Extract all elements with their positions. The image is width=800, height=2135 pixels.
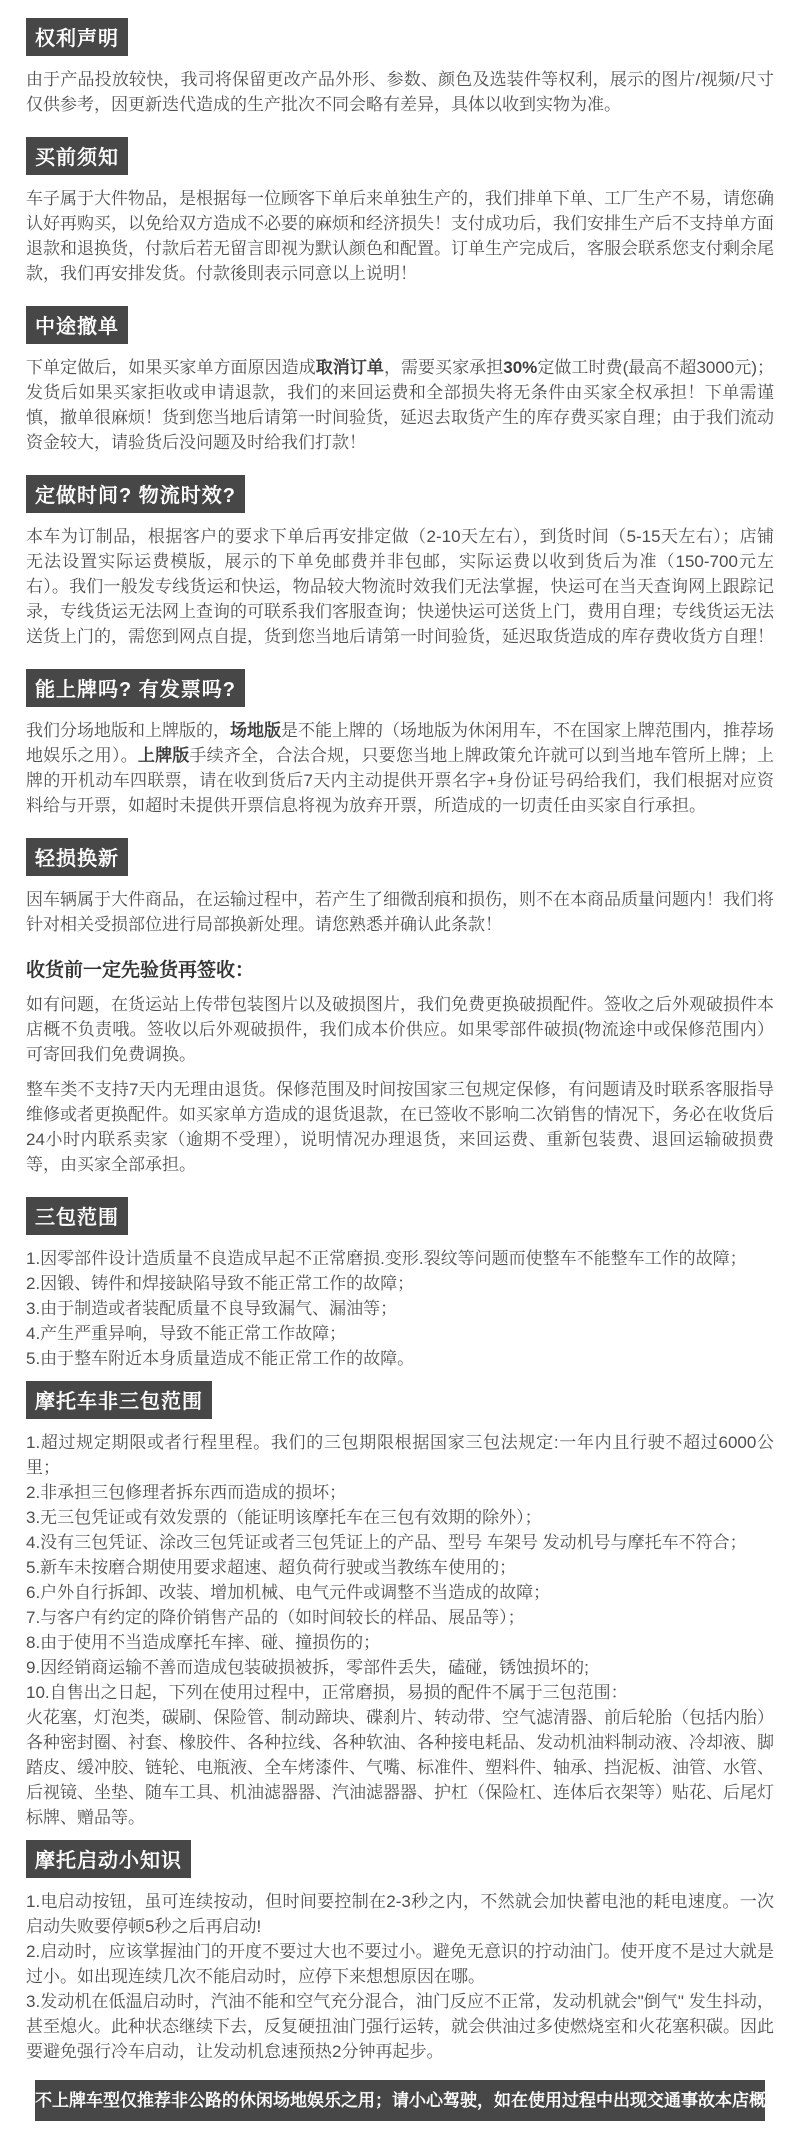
three-guarantees-scope-line-2: 2.因锻、铸件和焊接缺陷导致不能正常工作的故障； xyxy=(26,1271,774,1296)
motorcycle-non-three-guarantees-heading: 摩托车非三包范围 xyxy=(26,1381,212,1419)
section-production-time-logistics: 定做时间? 物流时效?本车为订制品，根据客户的要求下单后再安排定做（2-10天左… xyxy=(26,465,774,649)
motorcycle-non-three-guarantees-line-5: 5.新车未按磨合期使用要求超速、超负荷行驶或当教练车使用的； xyxy=(26,1555,774,1580)
motorcycle-non-three-guarantees-line-10: 10.自售出之日起，下列在使用过程中，正常磨损，易损的配件不属于三包范围： xyxy=(26,1680,774,1705)
motorcycle-non-three-guarantees-line-9: 9.因经销商运输不善而造成包装破损被拆，零部件丢失，磕碰，锈蚀损坏的; xyxy=(26,1655,774,1680)
notice-page: 权利声明由于产品投放较快，我司将保留更改产品外形、参数、颜色及选装件等权利，展示… xyxy=(0,0,800,2135)
motorcycle-non-three-guarantees-line-4: 4.没有三包凭证、涂改三包凭证或者三包凭证上的产品、型号 车架号 发动机号与摩托… xyxy=(26,1530,774,1555)
motorcycle-start-tips-line-3: 3.发动机在低温启动时，汽油不能和空气充分混合，油门反应不正常，发动机就会"倒气… xyxy=(26,1989,774,2064)
motorcycle-non-three-guarantees-line-11: 火花塞，灯泡类，碳刷、保险管、制动蹄块、碟刹片、转动带、空气滤清器、前后轮胎（包… xyxy=(26,1705,774,1830)
section-motorcycle-non-three-guarantees: 摩托车非三包范围1.超过规定期限或者行程里程。我们的三包期限根据国家三包法规定:… xyxy=(26,1371,774,1830)
plate-invoice-paragraph-1: 我们分场地版和上牌版的，场地版是不能上牌的（场地版为休闲用车，不在国家上牌范围内… xyxy=(26,718,774,818)
section-motorcycle-start-tips: 摩托启动小知识1.电启动按钮，虽可连续按动，但时间要控制在2-3秒之内，不然就会… xyxy=(26,1830,774,2064)
plate-invoice-heading: 能上牌吗? 有发票吗? xyxy=(26,669,245,707)
pre-purchase-notice-heading: 买前须知 xyxy=(26,137,128,175)
rights-statement-paragraph-1: 由于产品投放较快，我司将保留更改产品外形、参数、颜色及选装件等权利，展示的图片/… xyxy=(26,67,774,117)
motorcycle-non-three-guarantees-line-1: 1.超过规定期限或者行程里程。我们的三包期限根据国家三包法规定:一年内且行驶不超… xyxy=(26,1430,774,1480)
production-time-logistics-heading: 定做时间? 物流时效? xyxy=(26,475,245,513)
mid-cancellation-paragraph-1: 下单定做后，如果买家单方面原因造成取消订单，需要买家承担30%定做工时费(最高不… xyxy=(26,355,774,455)
rights-statement-heading: 权利声明 xyxy=(26,18,128,56)
motorcycle-start-tips-line-2: 2.启动时，应该掌握油门的开度不要过大也不要过小。避免无意识的拧动油门。使开度不… xyxy=(26,1939,774,1989)
motorcycle-non-three-guarantees-line-7: 7.与客户有约定的降价销售产品的（如时间较长的样品、展品等）； xyxy=(26,1605,774,1630)
minor-damage-replacement-heading: 轻损换新 xyxy=(26,838,128,876)
section-three-guarantees-scope: 三包范围1.因零部件设计造质量不良造成早起不正常磨损.变形.裂纹等问题而使整车不… xyxy=(26,1187,774,1371)
section-inspect-before-signing: 收货前一定先验货再签收：如有问题，在货运站上传带包装图片以及破损图片，我们免费更… xyxy=(26,955,774,1177)
motorcycle-non-three-guarantees-line-6: 6.户外自行拆卸、改装、增加机械、电气元件或调整不当造成的故障； xyxy=(26,1580,774,1605)
footer-warning-bar: 不上牌车型仅推荐非公路的休闲场地娱乐之用；请小心驾驶，如在使用过程中出现交通事故… xyxy=(35,2080,765,2121)
motorcycle-non-three-guarantees-line-8: 8.由于使用不当造成摩托车摔、碰、撞损伤的； xyxy=(26,1630,774,1655)
section-pre-purchase-notice: 买前须知车子属于大件物品，是根据每一位顾客下单后来单独生产的，我们排单下单、工厂… xyxy=(26,127,774,286)
inspect-before-signing-paragraph-2: 整车类不支持7天内无理由退货。保修范围及时间按国家三包规定保修，有问题请及时联系… xyxy=(26,1077,774,1177)
three-guarantees-scope-line-5: 5.由于整车附近本身质量造成不能正常工作的故障。 xyxy=(26,1346,774,1371)
minor-damage-replacement-paragraph-1: 因车辆属于大件商品，在运输过程中，若产生了细微刮痕和损伤，则不在本商品质量问题内… xyxy=(26,887,774,937)
motorcycle-start-tips-heading: 摩托启动小知识 xyxy=(26,1840,191,1878)
section-minor-damage-replacement: 轻损换新因车辆属于大件商品，在运输过程中，若产生了细微刮痕和损伤，则不在本商品质… xyxy=(26,828,774,937)
inspect-before-signing-paragraph-1: 如有问题，在货运站上传带包装图片以及破损图片，我们免费更换破损配件。签收之后外观… xyxy=(26,992,774,1067)
section-mid-cancellation: 中途撤单下单定做后，如果买家单方面原因造成取消订单，需要买家承担30%定做工时费… xyxy=(26,296,774,455)
three-guarantees-scope-heading: 三包范围 xyxy=(26,1197,128,1235)
motorcycle-non-three-guarantees-line-3: 3.无三包凭证或有效发票的（能证明该摩托车在三包有效期的除外）； xyxy=(26,1505,774,1530)
three-guarantees-scope-line-4: 4.产生严重异响，导致不能正常工作故障； xyxy=(26,1321,774,1346)
section-plate-invoice: 能上牌吗? 有发票吗?我们分场地版和上牌版的，场地版是不能上牌的（场地版为休闲用… xyxy=(26,659,774,818)
inspect-before-signing-heading: 收货前一定先验货再签收： xyxy=(26,955,774,982)
pre-purchase-notice-paragraph-1: 车子属于大件物品，是根据每一位顾客下单后来单独生产的，我们排单下单、工厂生产不易… xyxy=(26,186,774,286)
motorcycle-non-three-guarantees-line-2: 2.非承担三包修理者拆东西而造成的损坏； xyxy=(26,1480,774,1505)
mid-cancellation-heading: 中途撤单 xyxy=(26,306,128,344)
three-guarantees-scope-line-3: 3.由于制造或者装配质量不良导致漏气、漏油等； xyxy=(26,1296,774,1321)
motorcycle-start-tips-line-1: 1.电启动按钮，虽可连续按动，但时间要控制在2-3秒之内，不然就会加快蓄电池的耗… xyxy=(26,1889,774,1939)
section-rights-statement: 权利声明由于产品投放较快，我司将保留更改产品外形、参数、颜色及选装件等权利，展示… xyxy=(26,8,774,117)
sections: 权利声明由于产品投放较快，我司将保留更改产品外形、参数、颜色及选装件等权利，展示… xyxy=(26,8,774,2064)
production-time-logistics-paragraph-1: 本车为订制品，根据客户的要求下单后再安排定做（2-10天左右），到货时间（5-1… xyxy=(26,524,774,649)
three-guarantees-scope-line-1: 1.因零部件设计造质量不良造成早起不正常磨损.变形.裂纹等问题而使整车不能整车工… xyxy=(26,1246,774,1271)
